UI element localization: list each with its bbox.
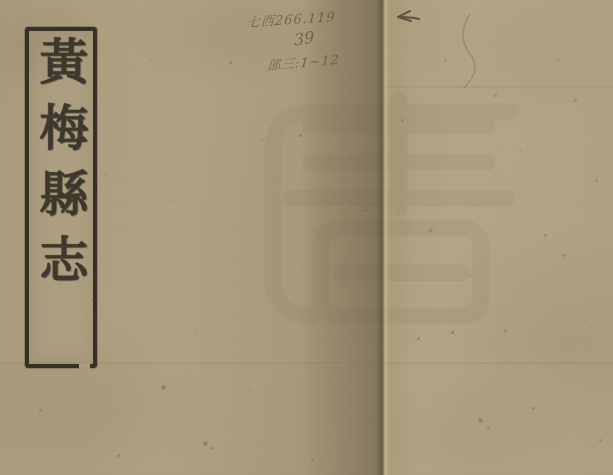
pencil-annotation-2: 39 (294, 27, 315, 49)
label-border-gap (79, 363, 90, 369)
title-label: 黃梅縣志 (25, 27, 97, 368)
scanned-book-cover: { "cover": { "title_label": { "text": "黃… (0, 0, 613, 475)
faint-glyph-watermark (253, 90, 545, 338)
horizontal-crease-top (386, 86, 613, 89)
spine-fold-shadow (300, 0, 415, 475)
right-leaf-shade (392, 0, 613, 475)
pencil-annotation-3: 部三:1~12 (267, 49, 341, 75)
foxing-speckles (0, 0, 1, 1)
pencil-annotation-1: 七西266.119 (246, 6, 336, 31)
small-arrow-ink-mark (394, 8, 422, 26)
scratch-mark (463, 14, 475, 88)
book-title: 黃梅縣志 (29, 31, 93, 364)
